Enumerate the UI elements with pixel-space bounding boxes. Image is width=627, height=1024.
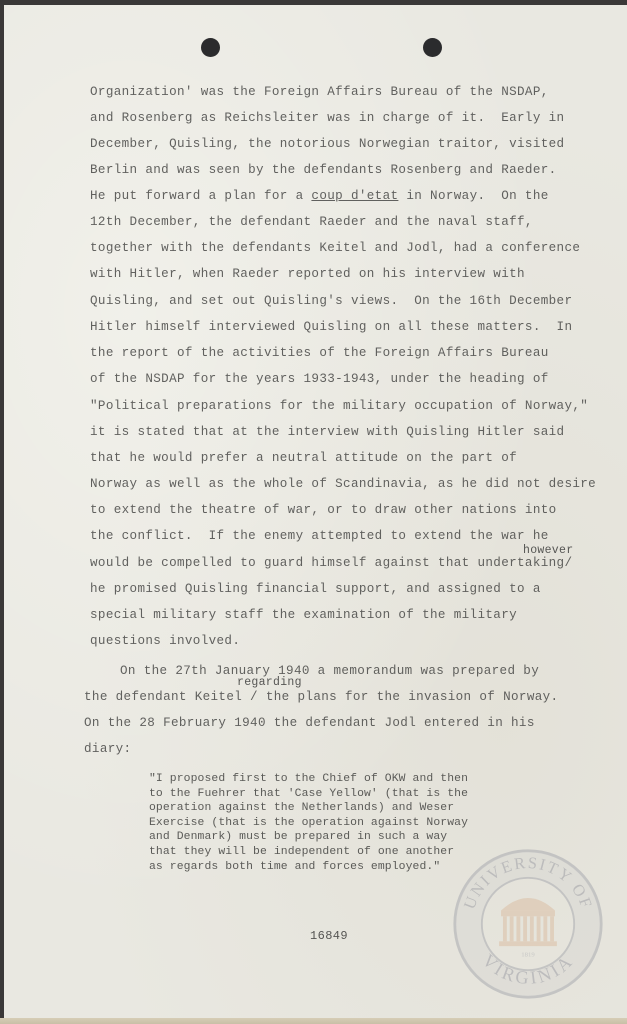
university-seal-watermark-icon: UNIVERSITY OF VIRGINIA 1819 bbox=[451, 847, 605, 1001]
body-line: Hitler himself interviewed Quisling on a… bbox=[90, 320, 572, 334]
body-line: the conflict. If the enemy attempted to … bbox=[90, 529, 549, 543]
body-line: together with the defendants Keitel and … bbox=[90, 241, 580, 255]
body-line: diary: bbox=[84, 742, 131, 756]
body-line: the report of the activities of the Fore… bbox=[90, 346, 549, 360]
body-line-start: He put forward a plan for a bbox=[90, 189, 311, 203]
quote-line: as regards both time and forces employed… bbox=[149, 860, 468, 875]
body-line: Organization' was the Foreign Affairs Bu… bbox=[90, 85, 549, 99]
body-line: would be compelled to guard himself agai… bbox=[90, 556, 572, 570]
jodl-diary-quote: "I proposed first to the Chief of OKW an… bbox=[149, 772, 468, 874]
punch-hole-left bbox=[201, 38, 220, 57]
interlinear-regarding: regarding bbox=[237, 676, 302, 689]
body-line: Norway as well as the whole of Scandinav… bbox=[90, 477, 596, 491]
quote-line: that they will be independent of one ano… bbox=[149, 845, 468, 860]
svg-text:1819: 1819 bbox=[521, 952, 535, 959]
body-line: that he would prefer a neutral attitude … bbox=[90, 451, 517, 465]
body-line-end: in Norway. On the bbox=[398, 189, 548, 203]
body-line: December, Quisling, the notorious Norweg… bbox=[90, 137, 564, 151]
body-line: and Rosenberg as Reichsleiter was in cha… bbox=[90, 111, 564, 125]
body-line: On the 28 February 1940 the defendant Jo… bbox=[84, 716, 535, 730]
quote-line: Exercise (that is the operation against … bbox=[149, 816, 468, 831]
body-line: with Hitler, when Raeder reported on his… bbox=[90, 267, 525, 281]
body-line: special military staff the examination o… bbox=[90, 608, 517, 622]
body-line: Quisling, and set out Quisling's views. … bbox=[90, 294, 572, 308]
body-line: he promised Quisling financial support, … bbox=[90, 582, 541, 596]
quote-line: "I proposed first to the Chief of OKW an… bbox=[149, 772, 468, 787]
quote-line: and Denmark) must be prepared in such a … bbox=[149, 830, 468, 845]
body-line: the defendant Keitel / the plans for the… bbox=[84, 690, 558, 704]
document-page: Organization' was the Foreign Affairs Bu… bbox=[4, 5, 627, 1024]
body-line: to extend the theatre of war, or to draw… bbox=[90, 503, 557, 517]
body-line: Berlin and was seen by the defendants Ro… bbox=[90, 163, 557, 177]
paper-bottom-edge bbox=[0, 1018, 627, 1024]
body-line: questions involved. bbox=[90, 634, 240, 648]
body-line: "Political preparations for the military… bbox=[90, 399, 588, 413]
quote-line: operation against the Netherlands) and W… bbox=[149, 801, 468, 816]
body-line: it is stated that at the interview with … bbox=[90, 425, 564, 439]
body-line: of the NSDAP for the years 1933-1943, un… bbox=[90, 372, 549, 386]
page-number: 16849 bbox=[310, 929, 348, 943]
punch-hole-right bbox=[423, 38, 442, 57]
quote-line: to the Fuehrer that 'Case Yellow' (that … bbox=[149, 787, 468, 802]
emphasis-coup-detat: coup d'etat bbox=[311, 189, 398, 203]
body-line: On the 27th January 1940 a memorandum wa… bbox=[120, 664, 539, 678]
body-line: 12th December, the defendant Raeder and … bbox=[90, 215, 533, 229]
body-line: He put forward a plan for a coup d'etat … bbox=[90, 189, 549, 203]
